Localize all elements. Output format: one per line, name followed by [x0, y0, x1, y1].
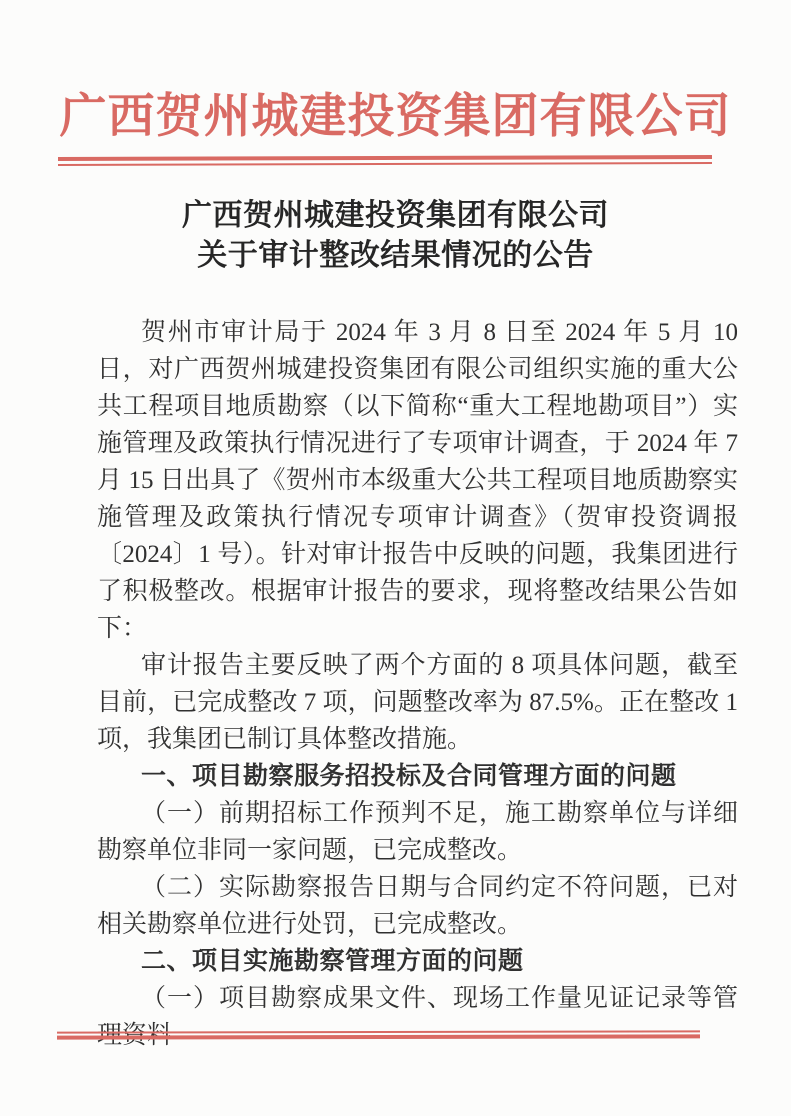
section-heading: 一、项目勘察服务招投标及合同管理方面的问题 [97, 758, 738, 795]
document-title: 广西贺州城建投资集团有限公司 关于审计整改结果情况的公告 [0, 196, 791, 276]
footer-divider [57, 1030, 700, 1039]
document-title-line-2: 关于审计整改结果情况的公告 [0, 236, 791, 276]
body-paragraph: （一）项目勘察成果文件、现场工作量见证记录等管理资料 [97, 980, 738, 1054]
document-body: 贺州市审计局于 2024 年 3 月 8 日至 2024 年 5 月 10 日，… [97, 314, 738, 1054]
letterhead-divider-thick-line [58, 155, 712, 161]
body-paragraph: （二）实际勘察报告日期与合同约定不符问题，已对相关勘察单位进行处罚，已完成整改。 [97, 869, 738, 943]
body-paragraph: （一）前期招标工作预判不足，施工勘察单位与详细勘察单位非同一家问题，已完成整改。 [97, 795, 738, 869]
section-heading: 二、项目实施勘察管理方面的问题 [97, 943, 738, 980]
letterhead-divider-thin-line [58, 162, 712, 166]
letterhead-company-name: 广西贺州城建投资集团有限公司 [0, 82, 791, 152]
document-page: 广西贺州城建投资集团有限公司 广西贺州城建投资集团有限公司 关于审计整改结果情况… [0, 0, 791, 1116]
body-paragraph: 贺州市审计局于 2024 年 3 月 8 日至 2024 年 5 月 10 日，… [97, 314, 738, 647]
document-title-line-1: 广西贺州城建投资集团有限公司 [0, 196, 791, 236]
body-paragraph: 审计报告主要反映了两个方面的 8 项具体问题，截至目前，已完成整改 7 项，问题… [97, 647, 738, 758]
letterhead-divider [58, 155, 712, 166]
footer-divider-thin-line [57, 1030, 700, 1033]
